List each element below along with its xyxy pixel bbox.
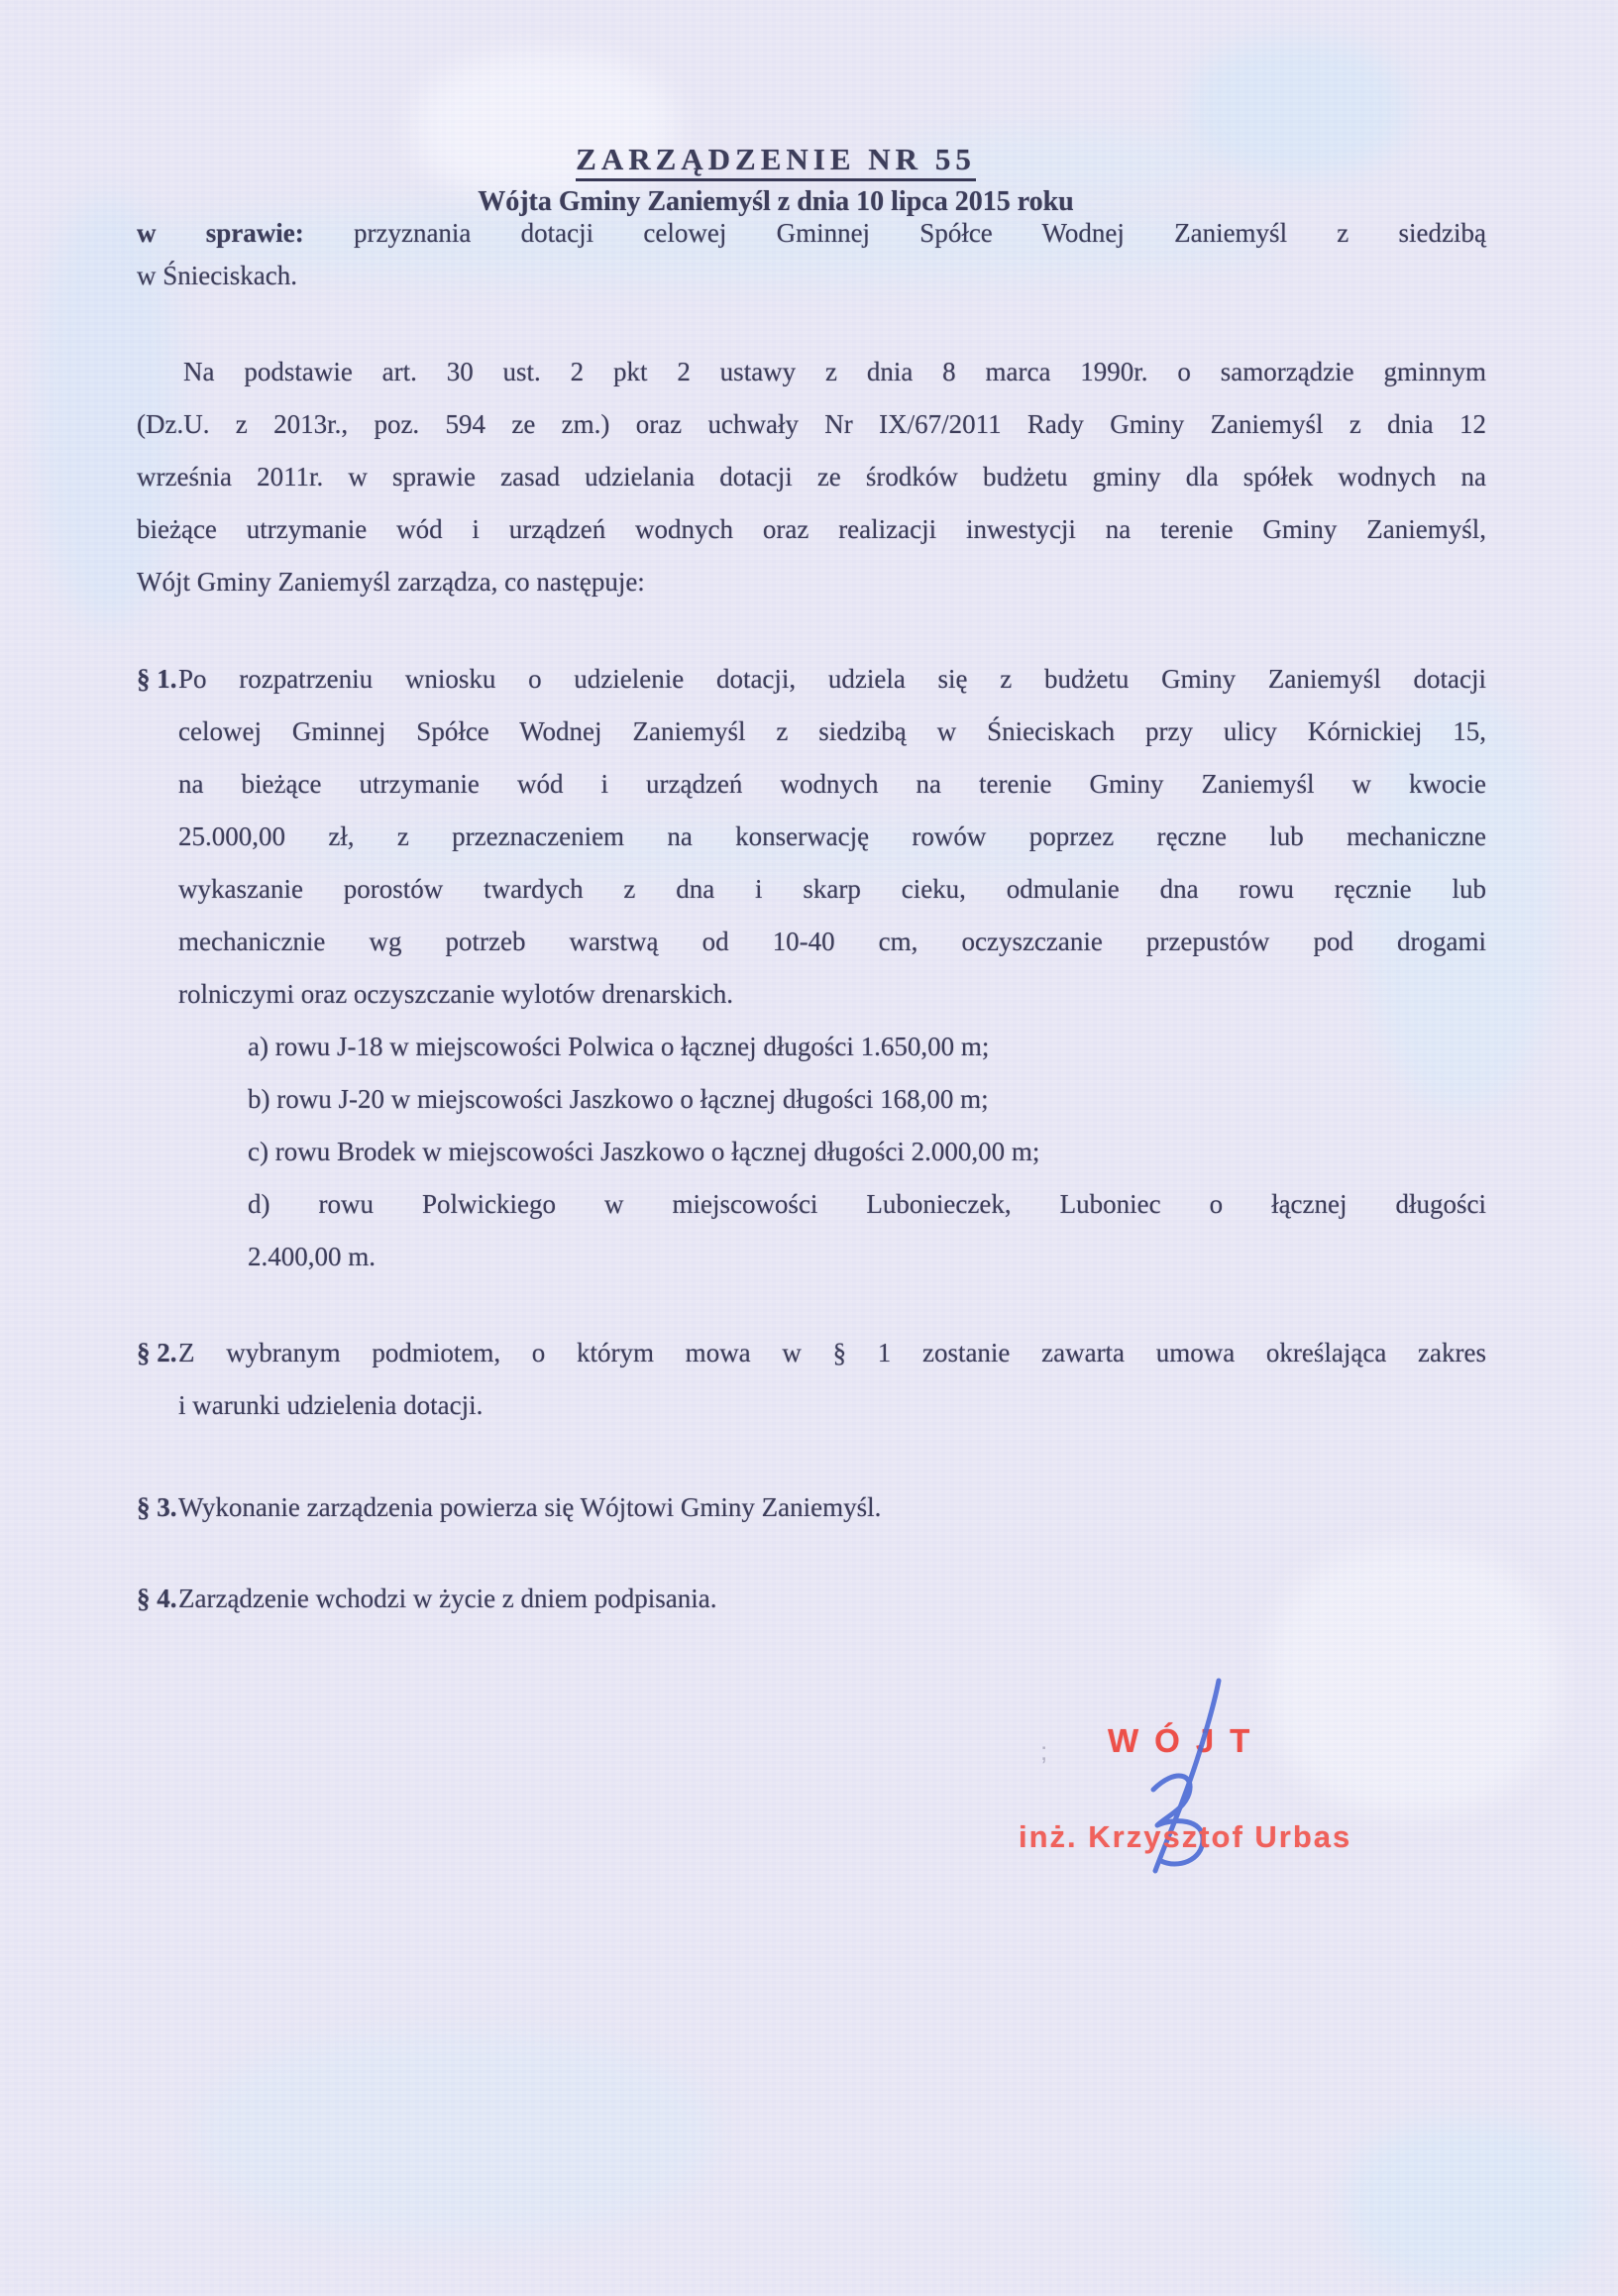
list-item: d) rowu Polwickiego w miejscowości Lubon… xyxy=(248,1178,1486,1231)
preamble-line: Na podstawie art. 30 ust. 2 pkt 2 ustawy… xyxy=(137,346,1486,398)
section-mark: § 1. xyxy=(137,653,177,706)
section-line: Wykonanie zarządzenia powierza się Wójto… xyxy=(178,1481,1486,1534)
list-item: a) rowu J-18 w miejscowości Polwica o łą… xyxy=(248,1021,1486,1073)
section-line: celowej Gminnej Spółce Wodnej Zaniemyśl … xyxy=(178,706,1486,758)
section-3: § 3. Wykonanie zarządzenia powierza się … xyxy=(137,1481,1486,1534)
section-mark: § 3. xyxy=(137,1481,177,1534)
section-line: Po rozpatrzeniu wniosku o udzielenie dot… xyxy=(178,653,1486,706)
section-line: 25.000,00 zł, z przeznaczeniem na konser… xyxy=(178,811,1486,863)
list-item-continuation: 2.400,00 m. xyxy=(248,1231,1486,1283)
preamble-line: Wójt Gminy Zaniemyśl zarządza, co następ… xyxy=(137,556,1486,608)
section-2: § 2. Z wybranym podmiotem, o którym mowa… xyxy=(137,1327,1486,1432)
preamble: Na podstawie art. 30 ust. 2 pkt 2 ustawy… xyxy=(137,346,1486,608)
document-header: ZARZĄDZENIE NR 55 Wójta Gminy Zaniemyśl … xyxy=(117,143,1435,219)
section-line: Zarządzenie wchodzi w życie z dniem podp… xyxy=(178,1573,1486,1625)
preamble-line: bieżące utrzymanie wód i urządzeń wodnyc… xyxy=(137,503,1486,556)
scan-patch xyxy=(1348,2121,1595,2289)
list-item: b) rowu J-20 w miejscowości Jaszkowo o ł… xyxy=(248,1073,1486,1126)
subject-line: w Śnieciskach. xyxy=(137,255,1486,297)
section-line: mechanicznie wg potrzeb warstwą od 10-40… xyxy=(178,916,1486,968)
preamble-line: (Dz.U. z 2013r., poz. 594 ze zm.) oraz u… xyxy=(137,398,1486,451)
document-title: ZARZĄDZENIE NR 55 xyxy=(576,143,976,181)
signer-name: inż. Krzysztof Urbas xyxy=(1019,1819,1351,1855)
section-mark: § 2. xyxy=(137,1327,177,1379)
subject-block: w sprawie: przyznania dotacji celowej Gm… xyxy=(137,212,1486,297)
section-line: wykaszanie porostów twardych z dna i ska… xyxy=(178,863,1486,916)
ditch-list: a) rowu J-18 w miejscowości Polwica o łą… xyxy=(248,1021,1486,1283)
list-item: c) rowu Brodek w miejscowości Jaszkowo o… xyxy=(248,1126,1486,1178)
scan-patch xyxy=(198,2031,713,2240)
scan-artifact: ; xyxy=(1040,1736,1047,1767)
section-line: rolniczymi oraz oczyszczanie wylotów dre… xyxy=(178,968,1486,1021)
section-line: Z wybranym podmiotem, o którym mowa w § … xyxy=(178,1327,1486,1379)
section-4: § 4. Zarządzenie wchodzi w życie z dniem… xyxy=(137,1573,1486,1625)
subject-text: przyznania dotacji celowej Gminnej Spółc… xyxy=(354,218,1486,248)
section-line: na bieżące utrzymanie wód i urządzeń wod… xyxy=(178,758,1486,811)
section-1: § 1. Po rozpatrzeniu wniosku o udzieleni… xyxy=(137,653,1486,1283)
preamble-line: września 2011r. w sprawie zasad udzielan… xyxy=(137,451,1486,503)
section-mark: § 4. xyxy=(137,1573,177,1625)
scanned-document-page: ZARZĄDZENIE NR 55 Wójta Gminy Zaniemyśl … xyxy=(0,0,1618,2296)
subject-label: w sprawie: xyxy=(137,218,304,248)
subject-line: w sprawie: przyznania dotacji celowej Gm… xyxy=(137,212,1486,255)
section-line: i warunki udzielenia dotacji. xyxy=(178,1379,1486,1432)
